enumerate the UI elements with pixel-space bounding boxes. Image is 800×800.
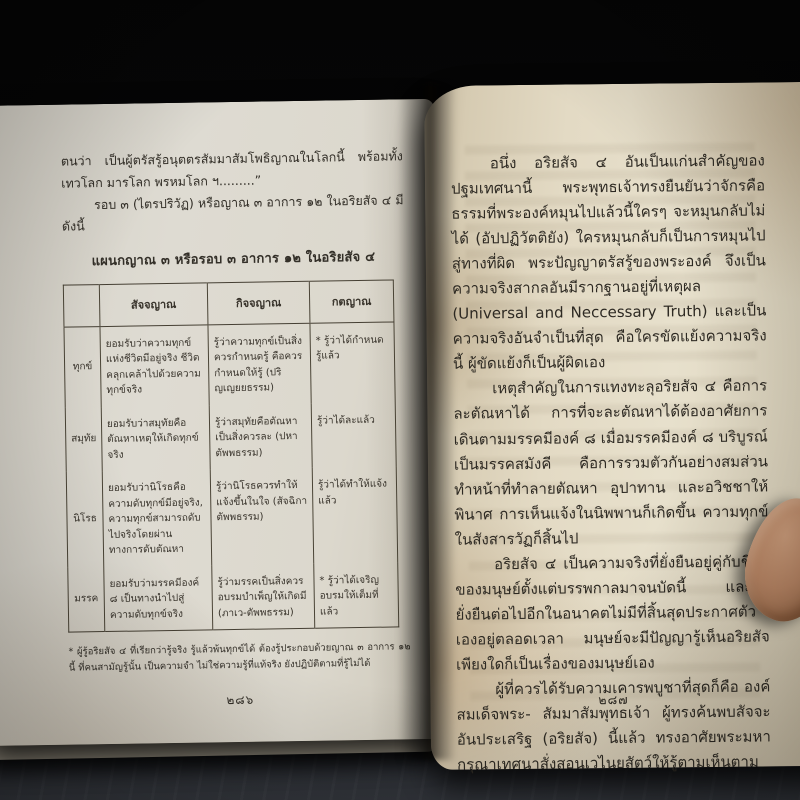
cell-magga-kicca: รู้ว่ามรรคเป็นสิ่งควรอบรมบำเพ็ญให้เกิดมี… — [212, 563, 315, 630]
table-header-kiccanana: กิจจญาณ — [207, 281, 310, 325]
row-label-dukkha: ทุกข์ — [64, 326, 101, 407]
left-page: ตนว่า เป็นผู้ตรัสรู้อนุตตรสัมมาสัมโพธิญา… — [0, 99, 444, 746]
right-paragraph-1: อนึ่ง อริยสัจ ๔ อันเป็นแก่นสำคัญของปฐมเท… — [451, 148, 767, 377]
cell-samudaya-kicca: รู้ว่าสมุทัยคือตัณหาเป็นสิ่งควรละ (ปหาตั… — [209, 403, 312, 469]
table-row: มรรค ยอมรับว่ามรรคมีองค์ ๘ เป็นทางนำไปสู… — [68, 562, 399, 632]
table-title: แผนกญาณ ๓ หรือรอบ ๓ อาการ ๑๒ ในอริยสัจ ๔ — [62, 246, 404, 274]
footnote: * ผู้รู้อริยสัจ ๔ ที่เรียกว่ารู้จริง รู้… — [68, 639, 410, 677]
cell-magga-sacca: ยอมรับว่ามรรคมีองค์ ๘ เป็นทางนำไปสู่ความ… — [104, 565, 213, 632]
nana-table: สัจจญาณ กิจจญาณ กตญาณ ทุกข์ ยอมรับว่าควา… — [63, 279, 399, 633]
left-page-text: ตนว่า เป็นผู้ตรัสรู้อนุตตรสัมมาสัมโพธิญา… — [61, 145, 412, 714]
table-header-katanana: กตญาณ — [309, 280, 394, 323]
left-paragraph-continuation: ตนว่า เป็นผู้ตรัสรู้อนุตตรสัมมาสัมโพธิญา… — [61, 145, 404, 194]
cell-nirodha-kata: รู้ว่าได้ทำให้แจ้งแล้ว — [312, 467, 397, 564]
table-header-row: สัจจญาณ กิจจญาณ กตญาณ — [63, 280, 394, 327]
cell-samudaya-kata: รู้ว่าได้ละแล้ว — [311, 402, 396, 468]
right-paragraph-3: อริยสัจ ๔ เป็นความจริงที่ยั่งยืนอยู่คู่ก… — [455, 549, 770, 678]
left-paragraph-rounds: รอบ ๓ (ไตรปริวัฏ) หรือญาณ ๓ อาการ ๑๒ ในอ… — [61, 189, 404, 238]
table-row: นิโรธ ยอมรับว่านิโรธคือความดับทุกข์มีอยู… — [66, 467, 397, 568]
page-number-right: ๒๘๗ — [456, 688, 770, 711]
cell-dukkha-kata: * รู้ว่าได้กำหนดรู้แล้ว — [310, 322, 395, 404]
row-label-nirodha: นิโรธ — [66, 471, 103, 567]
book-photo: ตนว่า เป็นผู้ตรัสรู้อนุตตรสัมมาสัมโพธิญา… — [0, 0, 800, 800]
cell-nirodha-kicca: รู้ว่านิโรธควรทำให้แจ้งขึ้นในใจ (สัจฉิกา… — [210, 468, 313, 565]
right-page-text: อนึ่ง อริยสัจ ๔ อันเป็นแก่นสำคัญของปฐมเท… — [451, 148, 772, 777]
page-number-left: ๒๘๖ — [69, 688, 411, 714]
cell-magga-kata: * รู้ว่าได้เจริญอบรมให้เต็มที่แล้ว — [314, 562, 399, 628]
row-label-samudaya: สมุทัย — [65, 407, 102, 472]
cell-samudaya-sacca: ยอมรับว่าสมุทัยคือตัณหาเหตุให้เกิดทุกข์จ… — [101, 405, 210, 471]
table-row: สมุทัย ยอมรับว่าสมุทัยคือตัณหาเหตุให้เกิ… — [65, 402, 396, 472]
cell-dukkha-kicca: รู้ว่าความทุกข์เป็นสิ่งควรกำหนดรู้ คือคว… — [208, 323, 311, 405]
table-header-saccanana: สัจจญาณ — [99, 282, 208, 326]
table-header-empty — [63, 284, 100, 327]
row-label-magga: มรรค — [68, 567, 105, 633]
table-row: ทุกข์ ยอมรับว่าความทุกข์แห่งชีวิตมีอยู่จ… — [64, 322, 395, 408]
right-paragraph-2: เหตุสำคัญในการแทงทะลุอริยสัจ ๔ คือการละต… — [453, 374, 769, 553]
right-page: อนึ่ง อริยสัจ ๔ อันเป็นแก่นสำคัญของปฐมเท… — [424, 81, 800, 769]
cell-dukkha-sacca: ยอมรับว่าความทุกข์แห่งชีวิตมีอยู่จริง ชี… — [100, 325, 209, 407]
cell-nirodha-sacca: ยอมรับว่านิโรธคือความดับทุกข์มีอยู่จริง,… — [102, 470, 211, 567]
